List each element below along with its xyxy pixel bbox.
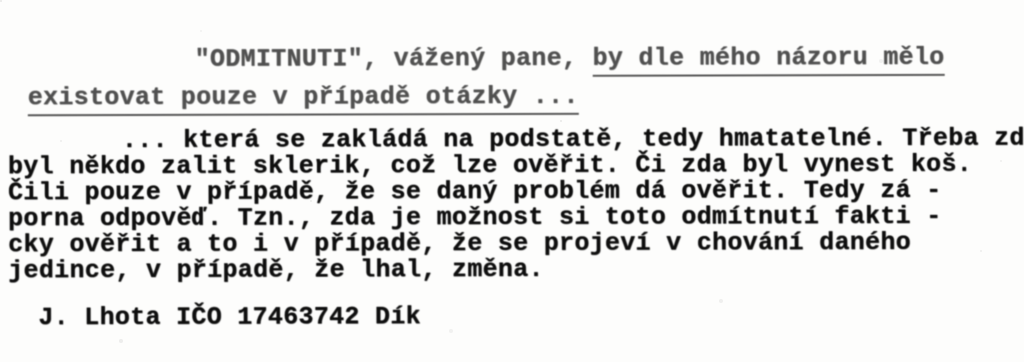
heading-line-2: existovat pouze v případě otázky ... (28, 84, 579, 111)
heading-line-1-underlined: by dle mého názoru mělo (593, 43, 945, 77)
signature-line: J. Lhota IČO 17463742 Dík (38, 304, 421, 331)
heading-line-1: "ODMITNUTI", vážený pane, by dle mého ná… (195, 45, 945, 73)
document-content: "ODMITNUTI", vážený pane, by dle mého ná… (0, 0, 1024, 362)
paragraph-line: cky ověřit a to i v případě, že se proje… (8, 230, 911, 258)
paragraph-line: jedince, v případě, že lhal, změna. (8, 257, 544, 284)
scanned-typewritten-letter: "ODMITNUTI", vážený pane, by dle mého ná… (0, 0, 1024, 362)
heading-line-1-plain: "ODMITNUTI", vážený pane, (195, 44, 593, 74)
heading-line-2-underlined: existovat pouze v případě otázky ... (28, 82, 579, 116)
